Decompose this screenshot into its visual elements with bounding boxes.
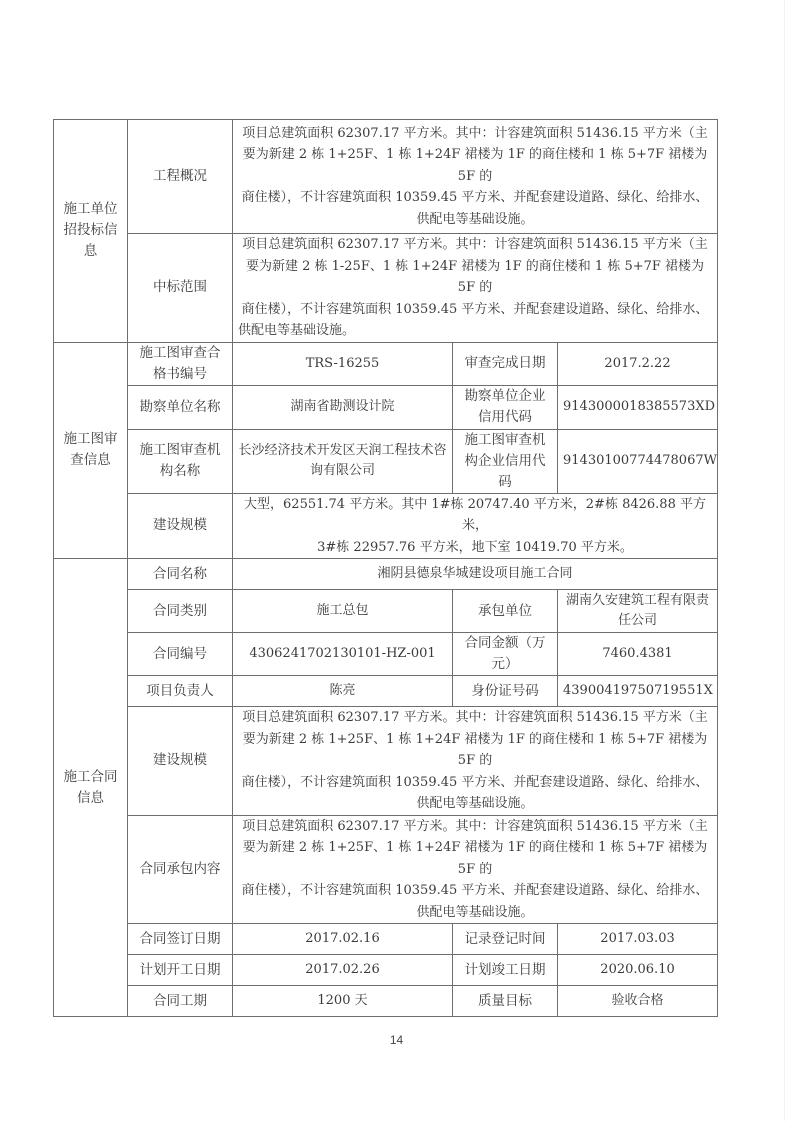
certificate-number-value: TRS-16255	[233, 342, 453, 385]
section-title-drawing-review: 施工图审查信息	[54, 342, 128, 559]
planned-start-value: 2017.02.26	[233, 955, 453, 986]
table-row: 施工图审查信息 施工图审查合格书编号 TRS-16255 审查完成日期 2017…	[54, 342, 718, 385]
table-row: 建设规模 项目总建筑面积 62307.17 平方米。其中：计容建筑面积 5143…	[54, 707, 718, 816]
table-row: 合同类别 施工总包 承包单位 湖南久安建筑工程有限责任公司	[54, 590, 718, 633]
row-label-review-date: 审查完成日期	[453, 342, 558, 385]
section-title-bidding: 施工单位招投标信息	[54, 120, 128, 343]
contract-name-value: 湘阴县德泉华城建设项目施工合同	[233, 559, 718, 590]
project-overview-text: 项目总建筑面积 62307.17 平方米。其中：计容建筑面积 51436.15 …	[233, 120, 718, 234]
row-label-contract-type: 合同类别	[128, 590, 233, 633]
row-label-contract-number: 合同编号	[128, 633, 233, 676]
table-row: 项目负责人 陈亮 身份证号码 43900419750719551X	[54, 676, 718, 707]
row-label-registration-time: 记录登记时间	[453, 924, 558, 955]
bid-scope-text: 项目总建筑面积 62307.17 平方米。其中：计容建筑面积 51436.15 …	[233, 234, 718, 343]
text-line: 项目总建筑面积 62307.17 平方米。其中：计容建筑面积 51436.15 …	[242, 710, 708, 725]
project-info-table: 施工单位招投标信息 工程概况 项目总建筑面积 62307.17 平方米。其中：计…	[53, 119, 718, 1017]
row-label-contract-scale: 建设规模	[128, 707, 233, 816]
table-row: 计划开工日期 2017.02.26 计划竣工日期 2020.06.10	[54, 955, 718, 986]
row-label-bid-scope: 中标范围	[128, 234, 233, 343]
table-row: 合同工期 1200 天 质量目标 验收合格	[54, 986, 718, 1017]
row-label-contractor: 承包单位	[453, 590, 558, 633]
review-agency-value: 长沙经济技术开发区天润工程技术咨询有限公司	[233, 429, 453, 493]
row-label-survey-unit: 勘察单位名称	[128, 385, 233, 429]
contract-scale-text: 项目总建筑面积 62307.17 平方米。其中：计容建筑面积 51436.15 …	[233, 707, 718, 816]
row-label-project-overview: 工程概况	[128, 120, 233, 234]
review-date-value: 2017.2.22	[558, 342, 718, 385]
table-row: 勘察单位名称 湖南省勘测设计院 勘察单位企业信用代码 9143000018385…	[54, 385, 718, 429]
contractor-value: 湖南久安建筑工程有限责任公司	[558, 590, 718, 633]
table-row: 中标范围 项目总建筑面积 62307.17 平方米。其中：计容建筑面积 5143…	[54, 234, 718, 343]
row-label-quality-target: 质量目标	[453, 986, 558, 1017]
row-label-id-number: 身份证号码	[453, 676, 558, 707]
agency-credit-code-value: 91430100774478067W	[558, 429, 718, 493]
row-label-agency-credit-code: 施工图审查机构企业信用代码	[453, 429, 558, 493]
table-row: 建设规模 大型，62551.74 平方米。其中 1#栋 20747.40 平方米…	[54, 493, 718, 559]
text-line: 项目总建筑面积 62307.17 平方米。其中：计容建筑面积 51436.15 …	[242, 819, 708, 834]
text-line: 要为新建 2 栋 1+25F、1 栋 1+24F 裙楼为 1F 的商住楼和 1 …	[243, 732, 708, 769]
document-page: 施工单位招投标信息 工程概况 项目总建筑面积 62307.17 平方米。其中：计…	[0, 0, 793, 1121]
text-line: 项目总建筑面积 62307.17 平方米。其中：计容建筑面积 51436.15 …	[242, 237, 708, 252]
text-line: 供配电等基础设施。	[238, 209, 712, 231]
table-row: 施工合同信息 合同名称 湘阴县德泉华城建设项目施工合同	[54, 559, 718, 590]
text-line: 3#栋 22957.76 平方米，地下室 10419.70 平方米。	[317, 540, 633, 555]
text-line: 商住楼），不计容建筑面积 10359.45 平方米、并配套建设道路、绿化、给排水…	[242, 302, 709, 317]
contract-content-text: 项目总建筑面积 62307.17 平方米。其中：计容建筑面积 51436.15 …	[233, 815, 718, 924]
row-label-survey-credit-code: 勘察单位企业信用代码	[453, 385, 558, 429]
table-row: 合同签订日期 2017.02.16 记录登记时间 2017.03.03	[54, 924, 718, 955]
quality-target-value: 验收合格	[558, 986, 718, 1017]
row-label-contract-content: 合同承包内容	[128, 815, 233, 924]
text-line: 要为新建 2 栋 1-25F、1 栋 1+24F 裙楼为 1F 的商住楼和 1 …	[246, 259, 704, 296]
section-title-contract: 施工合同信息	[54, 559, 128, 1017]
text-line: 供配电等基础设施。	[238, 320, 712, 342]
text-line: 要为新建 2 栋 1+25F、1 栋 1+24F 裙楼为 1F 的商住楼和 1 …	[243, 147, 708, 184]
survey-unit-value: 湖南省勘测设计院	[233, 385, 453, 429]
text-line: 供配电等基础设施。	[238, 793, 712, 815]
text-line: 商住楼），不计容建筑面积 10359.45 平方米、并配套建设道路、绿化、给排水…	[242, 883, 709, 898]
text-line: 大型，62551.74 平方米。其中 1#栋 20747.40 平方米，2#栋 …	[244, 497, 706, 534]
registration-time-value: 2017.03.03	[558, 924, 718, 955]
contract-number-value: 4306241702130101-HZ-001	[233, 633, 453, 676]
text-line: 要为新建 2 栋 1+25F、1 栋 1+24F 裙楼为 1F 的商住楼和 1 …	[243, 840, 708, 877]
row-label-contract-name: 合同名称	[128, 559, 233, 590]
contract-amount-value: 7460.4381	[558, 633, 718, 676]
text-line: 项目总建筑面积 62307.17 平方米。其中：计容建筑面积 51436.15 …	[242, 126, 708, 141]
row-label-review-agency: 施工图审查机构名称	[128, 429, 233, 493]
page-number: 14	[0, 1033, 793, 1047]
table-row: 合同编号 4306241702130101-HZ-001 合同金额（万元） 74…	[54, 633, 718, 676]
id-number-value: 43900419750719551X	[558, 676, 718, 707]
table-row: 合同承包内容 项目总建筑面积 62307.17 平方米。其中：计容建筑面积 51…	[54, 815, 718, 924]
row-label-planned-start: 计划开工日期	[128, 955, 233, 986]
row-label-certificate-number: 施工图审查合格书编号	[128, 342, 233, 385]
text-line: 商住楼），不计容建筑面积 10359.45 平方米、并配套建设道路、绿化、给排水…	[242, 775, 709, 790]
row-label-construction-scale: 建设规模	[128, 493, 233, 559]
row-label-project-manager: 项目负责人	[128, 676, 233, 707]
text-line: 商住楼），不计容建筑面积 10359.45 平方米、并配套建设道路、绿化、给排水…	[242, 190, 709, 205]
construction-scale-text: 大型，62551.74 平方米。其中 1#栋 20747.40 平方米，2#栋 …	[233, 493, 718, 559]
row-label-contract-amount: 合同金额（万元）	[453, 633, 558, 676]
page-edge-divider	[784, 0, 785, 1121]
planned-completion-value: 2020.06.10	[558, 955, 718, 986]
survey-credit-code-value: 9143000018385573XD	[558, 385, 718, 429]
contract-duration-value: 1200 天	[233, 986, 453, 1017]
signing-date-value: 2017.02.16	[233, 924, 453, 955]
contract-type-value: 施工总包	[233, 590, 453, 633]
table-row: 施工图审查机构名称 长沙经济技术开发区天润工程技术咨询有限公司 施工图审查机构企…	[54, 429, 718, 493]
project-manager-value: 陈亮	[233, 676, 453, 707]
text-line: 供配电等基础设施。	[238, 902, 712, 924]
row-label-planned-completion: 计划竣工日期	[453, 955, 558, 986]
table-row: 施工单位招投标信息 工程概况 项目总建筑面积 62307.17 平方米。其中：计…	[54, 120, 718, 234]
row-label-signing-date: 合同签订日期	[128, 924, 233, 955]
row-label-contract-duration: 合同工期	[128, 986, 233, 1017]
